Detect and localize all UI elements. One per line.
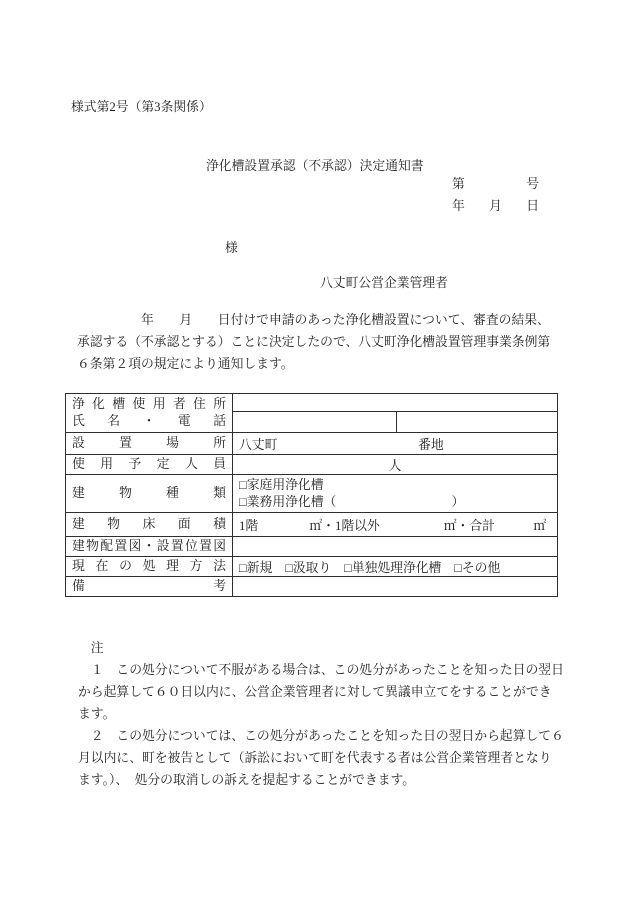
form-number-note: 様式第2号（第3条関係） (71, 96, 212, 115)
layout-label: 建物配置図・設置位置図 (72, 538, 226, 555)
floor-area-header-cell: 建物床面積 (66, 513, 233, 537)
table-row-user: 浄化槽使用者住所 氏名・電話 (66, 394, 558, 412)
table-row-building-type: 建物種類 □家庭用浄化槽 □業務用浄化槽（ ） (66, 475, 558, 513)
table-row-place: 設置場所 八丈町 番地 (66, 433, 558, 455)
body-line-3: ６条第２項の規定により通知します。 (77, 353, 577, 375)
document-number-line: 第 号 (452, 173, 539, 195)
table-row-layout-drawings: 建物配置図・設置位置図 (66, 537, 558, 557)
date-line: 年 月 日 (452, 195, 539, 217)
document-title: 浄化槽設置承認（不承認）決定通知書 (206, 155, 424, 174)
remarks-value-cell (233, 577, 558, 597)
table-row-remarks: 備考 (66, 577, 558, 597)
table-row-floor-area: 建物床面積 1階 ㎡・1階以外 ㎡・合計 ㎡ (66, 513, 558, 537)
note-1-line-3: ます。 (78, 703, 588, 725)
table-row-people: 使用予定人員 人 (66, 455, 558, 475)
layout-header-cell: 建物配置図・設置位置図 (66, 537, 233, 557)
layout-value-cell (233, 537, 558, 557)
place-value-cell: 八丈町 番地 (233, 433, 558, 455)
building-type-option-home: □家庭用浄化槽 (239, 477, 551, 494)
note-2-line-1: ２ この処分については、この処分があったことを知った日の翌日から起算して６ (78, 725, 588, 747)
place-header-cell: 設置場所 (66, 433, 233, 455)
note-2-line-2: 月以内に、町を被告として（訴訟において町を代表する者は公営企業管理者となり (78, 747, 588, 769)
method-header-cell: 現在の処理方法 (66, 557, 233, 577)
people-label: 使用予定人員 (72, 456, 226, 473)
user-name-phone-label: 氏名・電話 (72, 413, 226, 430)
body-line-2: 承認する（不承認とする）ことに決定したので、八丈町浄化槽設置管理事業条例第 (77, 331, 577, 353)
table-row-current-method: 現在の処理方法 □新規 □汲取り □単独処理浄化槽 □その他 (66, 557, 558, 577)
body-line-1: 年 月 日付けで申請のあった浄化槽設置について、審査の結果、 (77, 309, 577, 331)
building-type-option-business: □業務用浄化槽（ ） (239, 494, 551, 511)
user-phone-field (397, 412, 558, 433)
remarks-header-cell: 備考 (66, 577, 233, 597)
notes-heading: 注 (78, 637, 588, 659)
method-value-cell: □新規 □汲取り □単独処理浄化槽 □その他 (233, 557, 558, 577)
building-type-label: 建物種類 (72, 485, 226, 502)
floor-area-label: 建物床面積 (72, 516, 226, 533)
note-1-line-1: １ この処分について不服がある場合は、この処分があったことを知った日の翌日 (78, 659, 588, 681)
application-details-table: 浄化槽使用者住所 氏名・電話 設置場所 八丈町 番地 使用予定人員 (65, 393, 558, 597)
notes-section: 注 １ この処分について不服がある場合は、この処分があったことを知った日の翌日 … (78, 637, 588, 791)
building-type-header-cell: 建物種類 (66, 475, 233, 513)
document-page: 様式第2号（第3条関係） 浄化槽設置承認（不承認）決定通知書 第 号 年 月 日… (0, 0, 630, 903)
issuer-name: 八丈町公営企業管理者 (320, 272, 448, 291)
user-address-field (233, 394, 558, 412)
note-1-line-2: から起算して６０日以内に、公営企業管理者に対して異議申立てをすることができ (78, 681, 588, 703)
method-label: 現在の処理方法 (72, 558, 226, 575)
people-value-cell: 人 (233, 455, 558, 475)
user-address-label: 浄化槽使用者住所 (72, 396, 226, 413)
recipient-honorific: 様 (225, 237, 238, 256)
note-2-line-3: ます。）、 処分の取消しの訴えを提起することができます。 (78, 769, 588, 791)
place-label: 設置場所 (72, 435, 226, 452)
user-info-header-cell: 浄化槽使用者住所 氏名・電話 (66, 394, 233, 433)
body-paragraph: 年 月 日付けで申請のあった浄化槽設置について、審査の結果、 承認する（不承認と… (77, 309, 577, 375)
user-name-field (233, 412, 397, 433)
building-type-value-cell: □家庭用浄化槽 □業務用浄化槽（ ） (233, 475, 558, 513)
remarks-label: 備考 (72, 578, 226, 595)
people-header-cell: 使用予定人員 (66, 455, 233, 475)
floor-area-value-cell: 1階 ㎡・1階以外 ㎡・合計 ㎡ (233, 513, 558, 537)
document-number-block: 第 号 年 月 日 (452, 173, 539, 217)
